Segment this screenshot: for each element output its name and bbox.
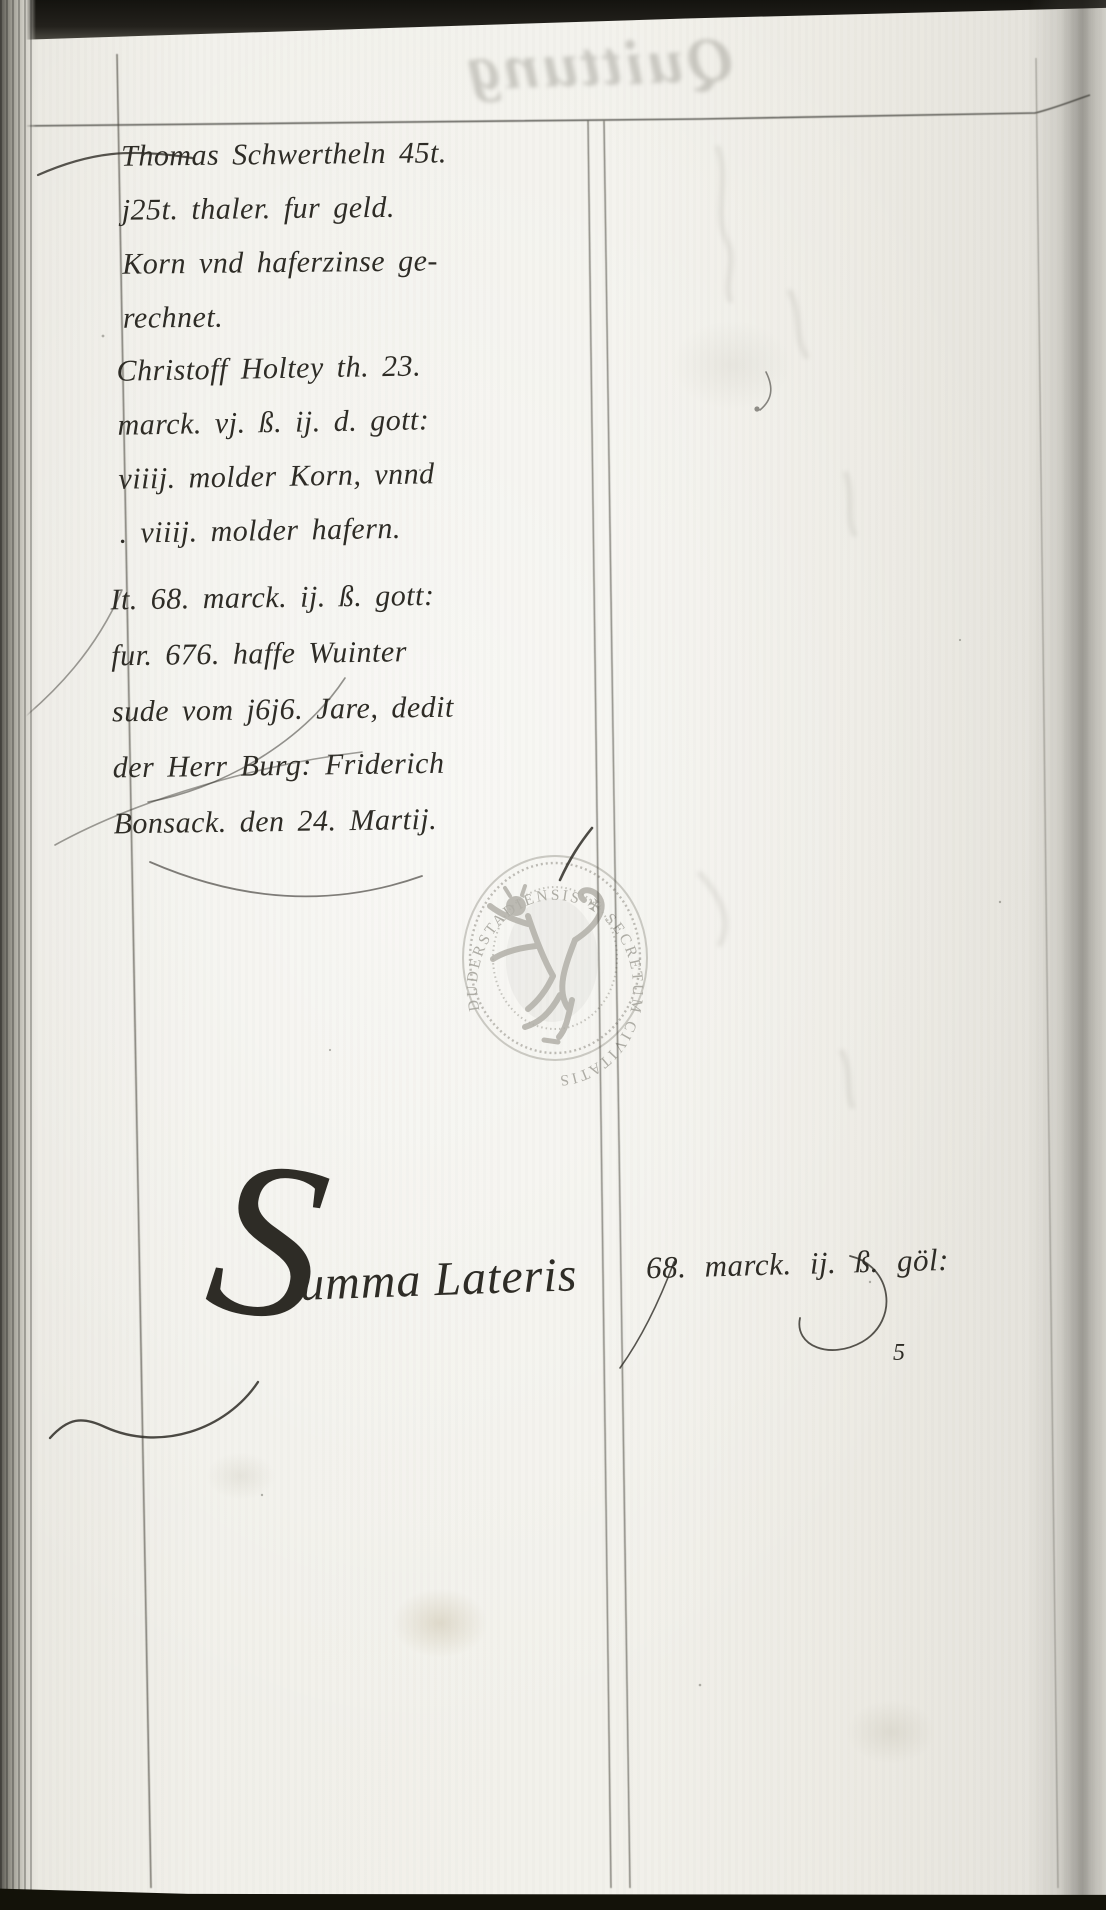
ledger-entry-3: It. 68. marck. ij. ß. gott: fur. 676. ha…: [110, 568, 456, 853]
paper-stain: [392, 1588, 488, 1658]
bleedthrough-header-text: Quittung: [406, 9, 789, 122]
handwritten-line: j25t. thaler. fur geld.: [121, 180, 447, 237]
handwritten-line: Bonsack. den 24. Martij.: [113, 792, 456, 853]
amount-subscript: 5: [893, 1340, 905, 1366]
page-bottom-edge: [0, 1884, 1106, 1910]
paper-stain: [846, 1700, 936, 1764]
manuscript-page: Quittung DUDERSTADIENSIS ✠ SECRETUM CIVI…: [0, 0, 1106, 1910]
city-seal-stamp: DUDERSTADIENSIS ✠ SECRETUM CIVITATIS: [463, 856, 647, 1089]
ledger-entry-2: Christoff Holtey th. 23. marck. vj. ß. i…: [116, 339, 436, 560]
handwritten-line: Christoff Holtey th. 23.: [116, 339, 433, 399]
handwritten-line: fur. 676. haffe Wuinter: [111, 624, 454, 685]
summa-amount: 68. marck. ij. ß. göl:: [646, 1242, 950, 1286]
handwritten-line: viiij. molder Korn, vnnd: [118, 447, 435, 507]
handwritten-line: Korn vnd haferzinse ge-: [122, 234, 448, 291]
handwritten-line: sude vom j6j6. Jare, dedit: [112, 680, 455, 741]
handwritten-line: Thomas Schwertheln 45t.: [121, 126, 447, 183]
handwritten-line: rechnet.: [123, 288, 449, 345]
paper-stain: [206, 1452, 276, 1500]
summa-calligraphic-initial: S: [197, 1121, 339, 1358]
page-binding-edge: [0, 0, 36, 1910]
column-divider-rule-b: [604, 121, 630, 1888]
summa-lateris-label: umma Lateris: [299, 1247, 578, 1312]
page-fold-shadow: [1028, 0, 1106, 1910]
handwritten-line: marck. vj. ß. ij. d. gott:: [117, 393, 434, 453]
handwritten-line: der Herr Burg: Friderich: [112, 736, 455, 797]
ledger-entry-1: Thomas Schwertheln 45t. j25t. thaler. fu…: [121, 126, 449, 345]
column-divider-rule-a: [588, 121, 611, 1888]
handwritten-line: . viiij. molder hafern.: [119, 501, 436, 561]
seal-legend: DUDERSTADIENSIS ✠ SECRETUM CIVITATIS: [464, 887, 646, 1089]
rampant-lion-icon: [490, 886, 602, 1042]
svg-text:DUDERSTADIENSIS ✠ SECRETUM CIV: DUDERSTADIENSIS ✠ SECRETUM CIVITATIS: [464, 887, 646, 1089]
paper-stain: [672, 320, 792, 410]
bleedthrough-marks: [700, 148, 854, 1106]
handwritten-line: It. 68. marck. ij. ß. gott:: [110, 568, 453, 629]
